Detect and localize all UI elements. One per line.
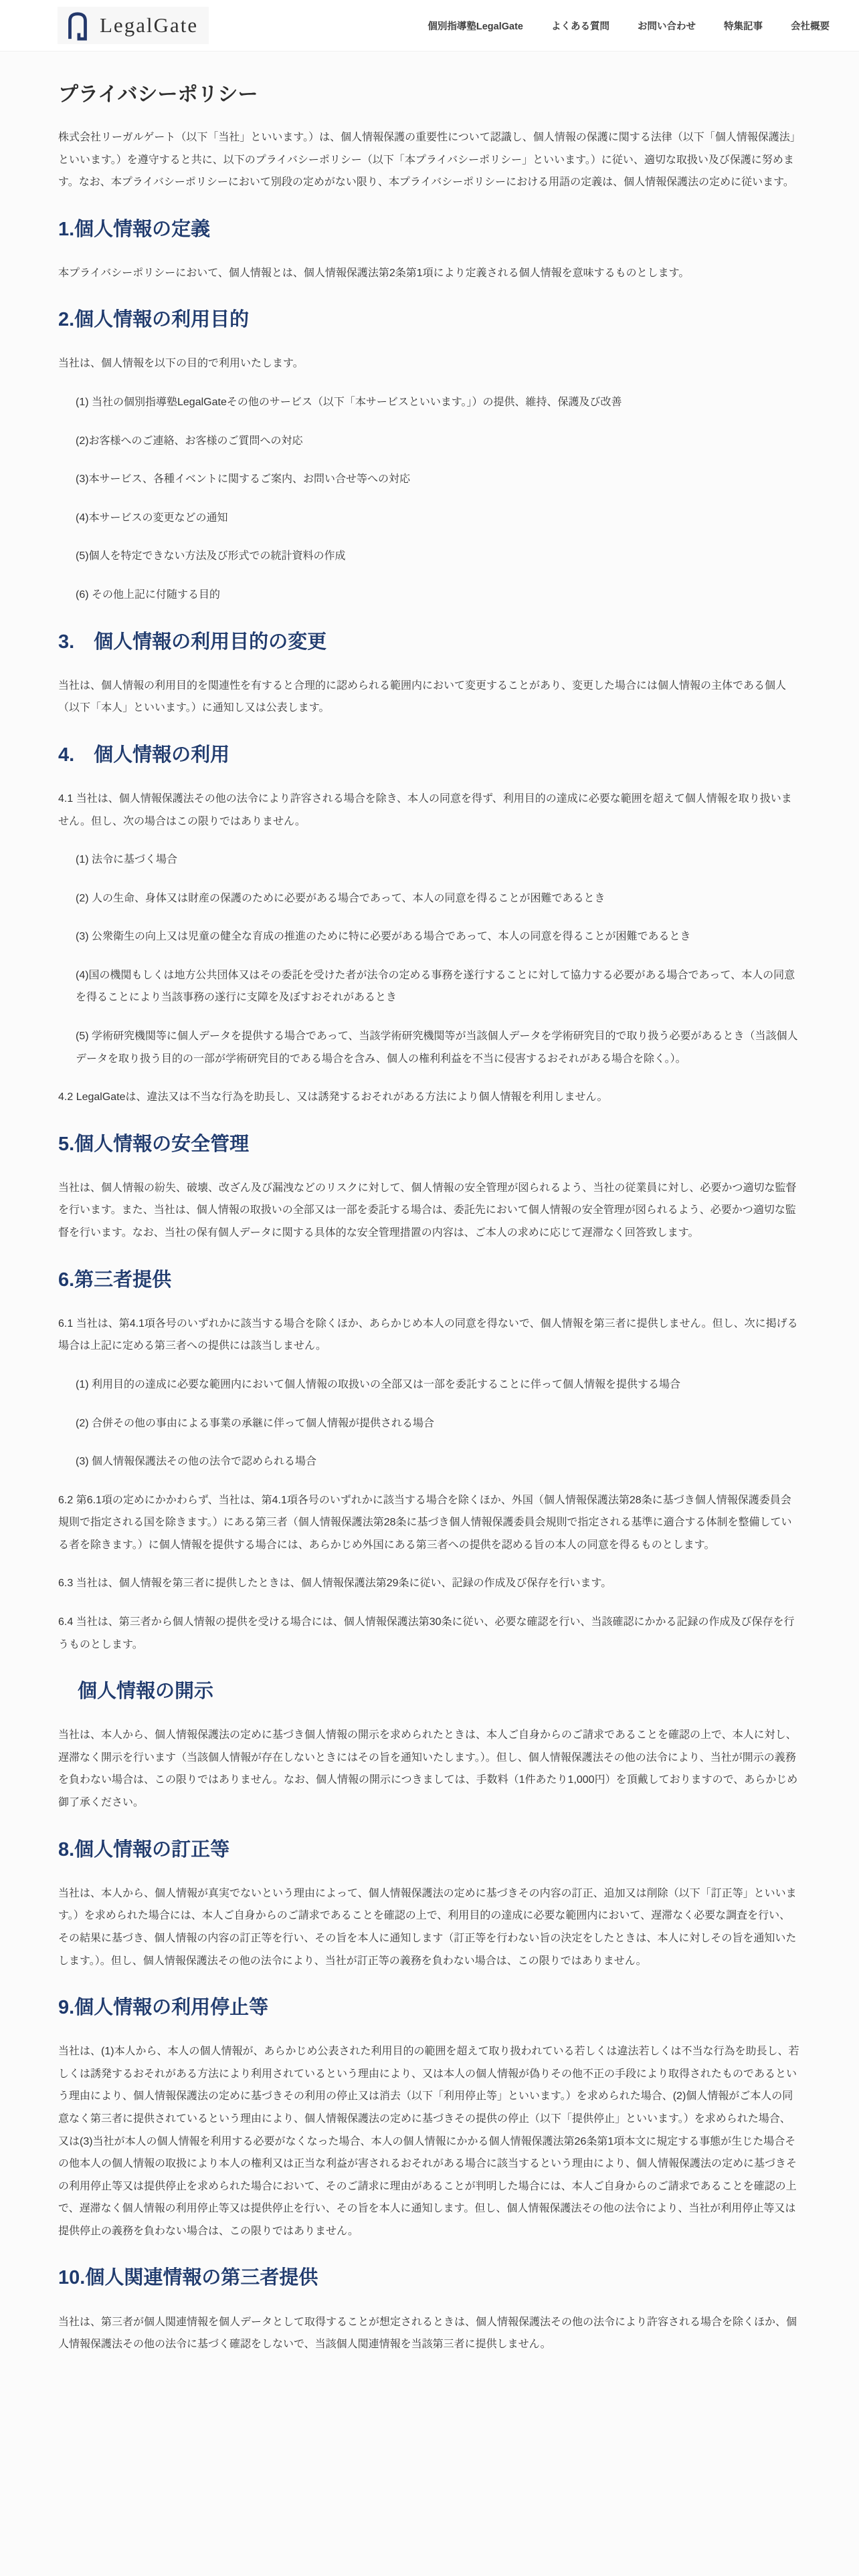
paragraph: 6.4 当社は、第三者から個人情報の提供を受ける場合には、個人情報保護法第30条… [58, 1611, 801, 1656]
paragraph: 4.1 当社は、個人情報保護法その他の法令により許容される場合を除き、本人の同意… [58, 788, 801, 833]
section-heading-7: 個人情報の開示 [58, 1677, 801, 1705]
nav-item-articles[interactable]: 特集記事 [724, 19, 763, 33]
paragraph: 本プライバシーポリシーにおいて、個人情報とは、個人情報保護法第2条第1項により定… [58, 262, 801, 285]
paragraph: 6.3 当社は、個人情報を第三者に提供したときは、個人情報保護法第29条に従い、… [58, 1572, 801, 1595]
paragraph: 当社は、個人情報の紛失、破壊、改ざん及び漏洩などのリスクに対して、個人情報の安全… [58, 1177, 801, 1245]
main-nav: 個別指導塾LegalGate よくある質問 お問い合わせ 特集記事 会社概要 [427, 19, 830, 33]
list-item: (6) その他上記に付随する目的 [58, 584, 801, 607]
main-content: プライバシーポリシー 株式会社リーガルゲート（以下「当社」といいます。）は、個人… [0, 51, 859, 2356]
section-heading-6: 6.第三者提供 [58, 1266, 801, 1294]
paragraph: 当社は、個人情報の利用目的を関連性を有すると合理的に認められる範囲内において変更… [58, 675, 801, 720]
section-heading-10: 10.個人関連情報の第三者提供 [58, 2264, 801, 2292]
legalgate-gate-icon [64, 10, 91, 41]
nav-item-contact[interactable]: お問い合わせ [638, 19, 696, 33]
list-item: (5)個人を特定できない方法及び形式での統計資料の作成 [58, 545, 801, 568]
logo-text: LegalGate [100, 13, 198, 37]
list-item: (2) 合併その他の事由による事業の承継に伴って個人情報が提供される場合 [58, 1412, 801, 1435]
list-item: (4)国の機関もしくは地方公共団体又はその委託を受けた者が法令の定める事務を遂行… [58, 964, 801, 1009]
section-heading-3: 3. 個人情報の利用目的の変更 [58, 628, 801, 656]
list-item: (1) 当社の個別指導塾LegalGateその他のサービス（以下「本サービスとい… [58, 391, 801, 414]
paragraph: 当社は、個人情報を以下の目的で利用いたします。 [58, 352, 801, 375]
list-item: (2)お客様へのご連絡、お客様のご質問への対応 [58, 430, 801, 453]
site-header: LegalGate 個別指導塾LegalGate よくある質問 お問い合わせ 特… [0, 0, 859, 51]
list-item: (4)本サービスの変更などの通知 [58, 507, 801, 530]
paragraph: 4.2 LegalGateは、違法又は不当な行為を助長し、又は誘発するおそれがあ… [58, 1086, 801, 1109]
nav-item-faq[interactable]: よくある質問 [551, 19, 609, 33]
paragraph: 当社は、本人から、個人情報が真実でないという理由によって、個人情報保護法の定めに… [58, 1883, 801, 1972]
section-heading-5: 5.個人情報の安全管理 [58, 1130, 801, 1158]
list-item: (3) 個人情報保護法その他の法令で認められる場合 [58, 1451, 801, 1473]
intro-paragraph: 株式会社リーガルゲート（以下「当社」といいます。）は、個人情報保護の重要性につい… [58, 126, 801, 194]
nav-item-juku[interactable]: 個別指導塾LegalGate [427, 19, 523, 33]
section-heading-4: 4. 個人情報の利用 [58, 741, 801, 769]
paragraph: 当社は、本人から、個人情報保護法の定めに基づき個人情報の開示を求められたときは、… [58, 1724, 801, 1814]
section-heading-1: 1.個人情報の定義 [58, 215, 801, 243]
section-heading-9: 9.個人情報の利用停止等 [58, 1994, 801, 2022]
nav-item-company[interactable]: 会社概要 [791, 19, 830, 33]
list-item: (3)本サービス、各種イベントに関するご案内、お問い合せ等への対応 [58, 468, 801, 491]
section-heading-8: 8.個人情報の訂正等 [58, 1836, 801, 1864]
logo[interactable]: LegalGate [58, 7, 209, 44]
page-title: プライバシーポリシー [58, 81, 801, 109]
paragraph: 6.2 第6.1項の定めにかかわらず、当社は、第4.1項各号のいずれかに該当する… [58, 1489, 801, 1557]
list-item: (3) 公衆衛生の向上又は児童の健全な育成の推進のために特に必要がある場合であっ… [58, 926, 801, 948]
list-item: (1) 法令に基づく場合 [58, 849, 801, 871]
list-item: (1) 利用目的の達成に必要な範囲内において個人情報の取扱いの全部又は一部を委託… [58, 1374, 801, 1396]
paragraph: 当社は、第三者が個人関連情報を個人データとして取得することが想定されるときは、個… [58, 2311, 801, 2356]
section-heading-2: 2.個人情報の利用目的 [58, 306, 801, 334]
paragraph: 6.1 当社は、第4.1項各号のいずれかに該当する場合を除くほか、あらかじめ本人… [58, 1313, 801, 1358]
list-item: (5) 学術研究機関等に個人データを提供する場合であって、当該学術研究機関等が当… [58, 1025, 801, 1070]
list-item: (2) 人の生命、身体又は財産の保護のために必要がある場合であって、本人の同意を… [58, 887, 801, 910]
paragraph: 当社は、(1)本人から、本人の個人情報が、あらかじめ公表された利用目的の範囲を超… [58, 2040, 801, 2242]
